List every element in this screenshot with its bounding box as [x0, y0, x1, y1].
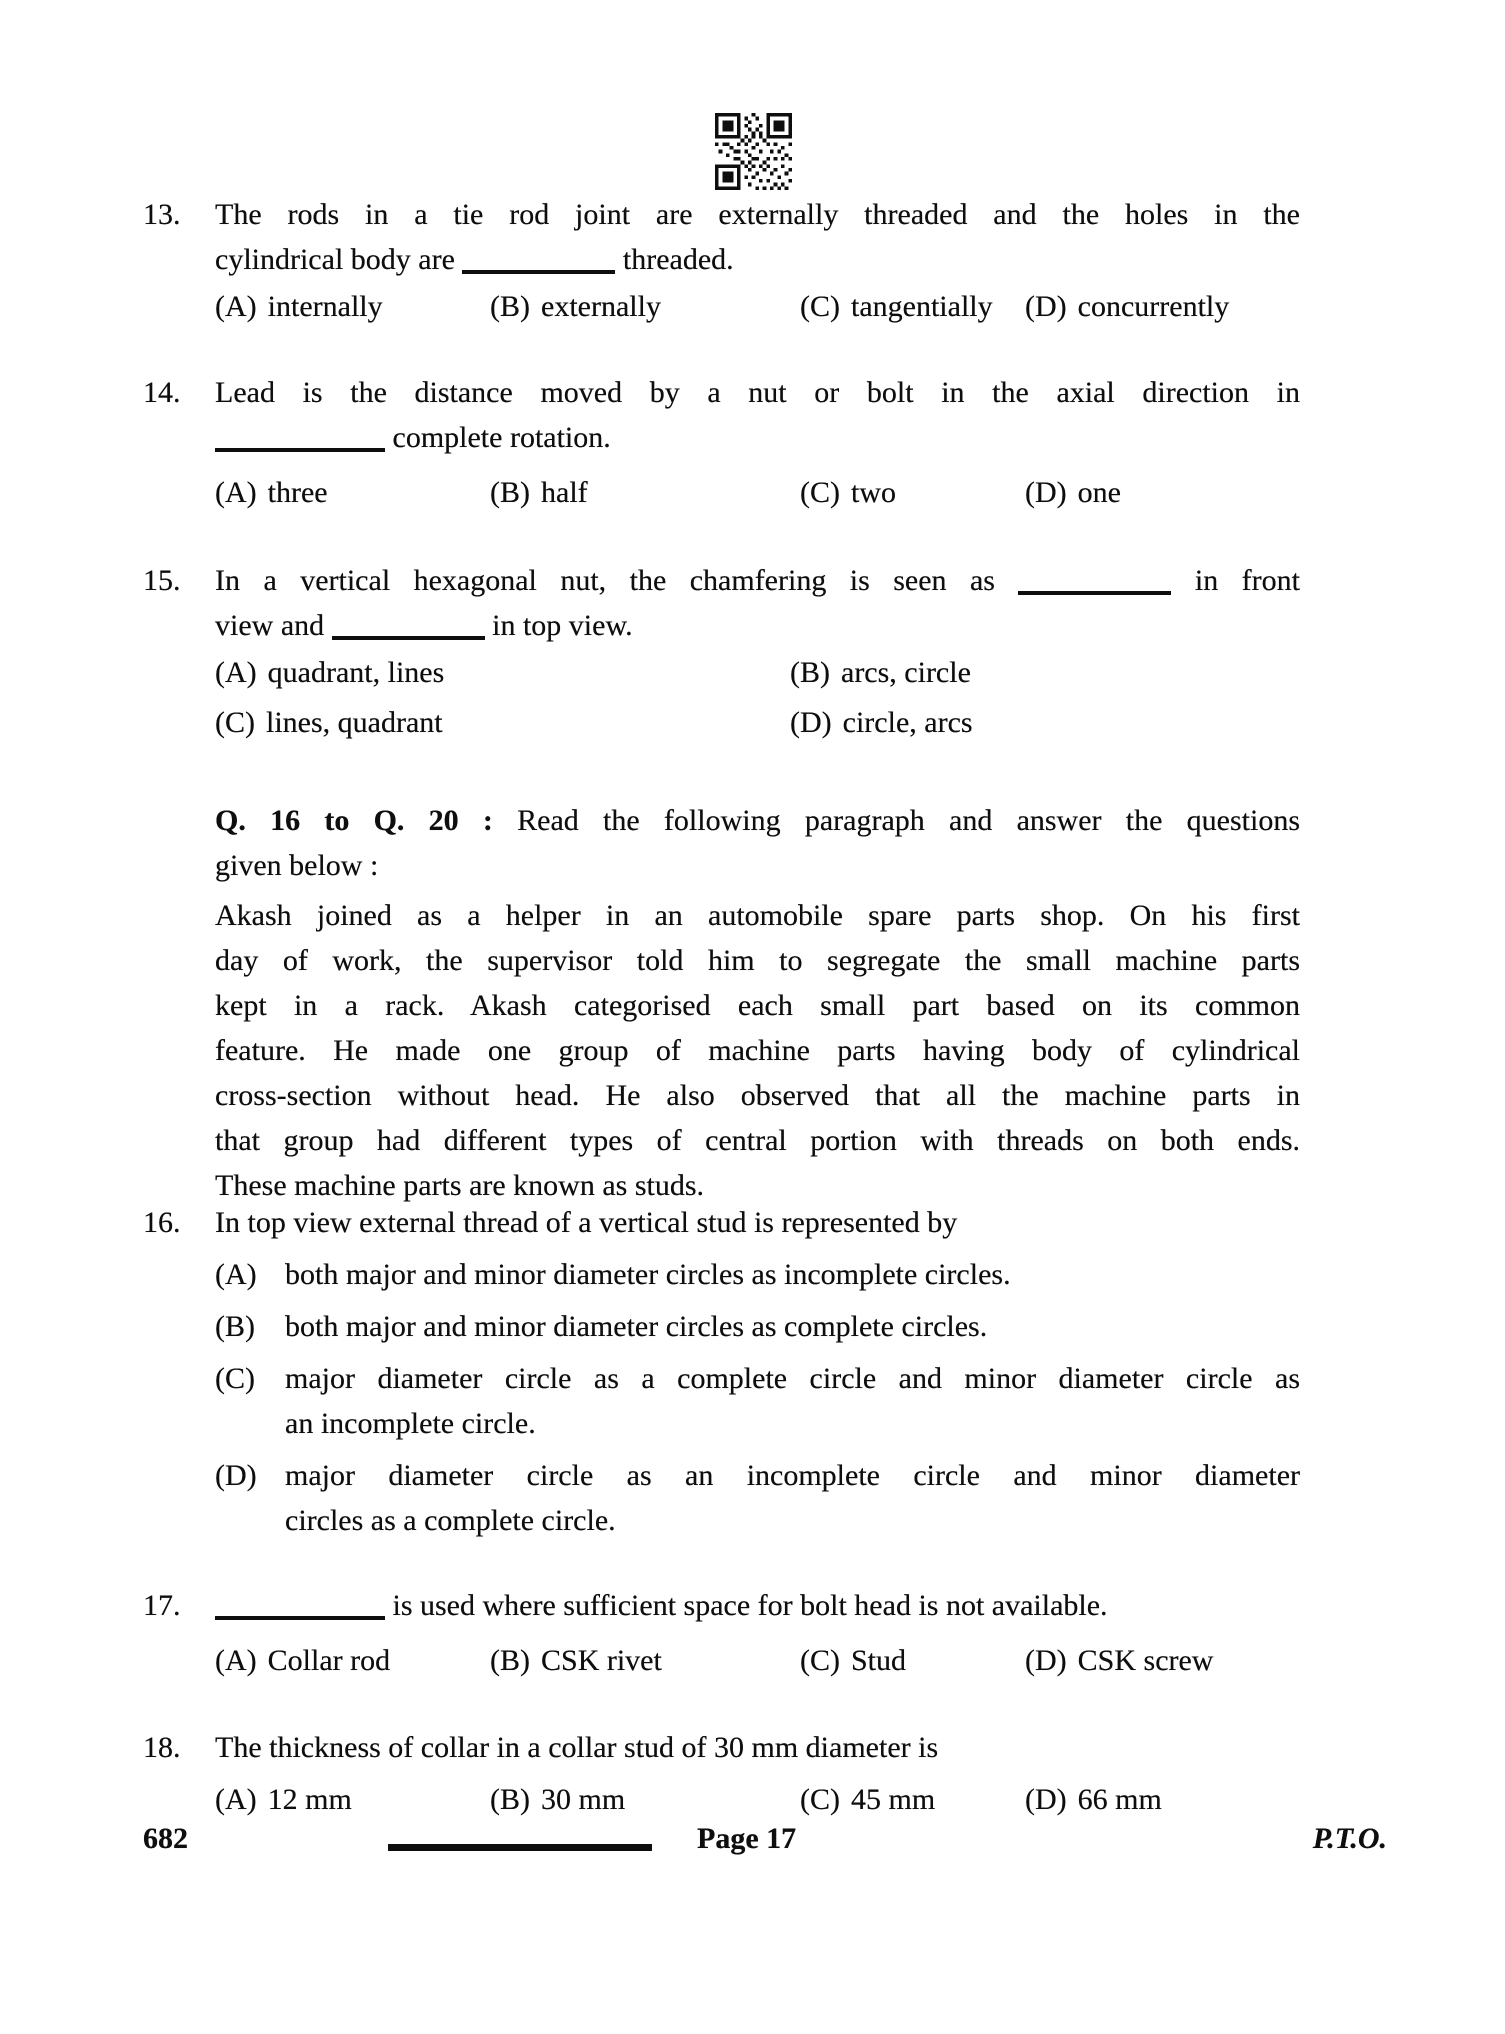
option-label: (A) — [215, 290, 257, 323]
option-text: Collar rod — [268, 1644, 390, 1677]
question-body: is used where sufficient space for bolt … — [215, 1583, 1300, 1683]
question-number: 14. — [143, 370, 215, 515]
paragraph-line: cross-section without head. He also obse… — [215, 1073, 1300, 1118]
question-body: The rods in a tie rod joint are external… — [215, 192, 1300, 329]
option-line: circles as a complete circle. — [285, 1498, 1300, 1543]
option-label: (B) — [490, 1783, 530, 1816]
option-text: CSK screw — [1078, 1644, 1214, 1677]
option-text: 12 mm — [268, 1783, 352, 1816]
option-b: (B)externally — [490, 284, 800, 329]
option-text: one — [1078, 476, 1121, 509]
option-text: internally — [268, 290, 383, 323]
option-a: (A)internally — [215, 284, 490, 329]
option-text: concurrently — [1078, 290, 1230, 323]
answer-blank — [1018, 566, 1171, 596]
question-15: 15. In a vertical hexagonal nut, the cha… — [143, 558, 1300, 745]
option-b: (B) both major and minor diameter circle… — [215, 1304, 1300, 1349]
option-label: (B) — [490, 1644, 530, 1677]
option-label: (A) — [215, 656, 257, 689]
option-label: (D) — [1025, 290, 1067, 323]
option-label: (D) — [1025, 1644, 1067, 1677]
stem-line: view and in top view. — [215, 603, 1300, 648]
option-line: major diameter circle as a complete circ… — [285, 1356, 1300, 1401]
stem-line: In a vertical hexagonal nut, the chamfer… — [215, 558, 1300, 603]
option-text: Stud — [851, 1644, 906, 1677]
question-number: 16. — [143, 1200, 215, 1543]
option-text: circle, arcs — [843, 706, 973, 739]
option-label: (D) — [1025, 1783, 1067, 1816]
question-number: 18. — [143, 1725, 215, 1822]
question-14: 14. Lead is the distance moved by a nut … — [143, 370, 1300, 515]
qr-code — [715, 113, 792, 190]
option-c: (C)two — [800, 470, 1025, 515]
option-b: (B)half — [490, 470, 800, 515]
stem-line: The rods in a tie rod joint are external… — [215, 192, 1300, 237]
question-number: 15. — [143, 558, 215, 745]
options-row: (A)Collar rod (B)CSK rivet (C)Stud (D)CS… — [215, 1638, 1300, 1683]
stem-line: The thickness of collar in a collar stud… — [215, 1725, 1300, 1770]
option-text: three — [268, 476, 328, 509]
option-text: two — [851, 476, 896, 509]
option-b: (B)arcs, circle — [790, 650, 1300, 695]
paragraph-line: feature. He made one group of machine pa… — [215, 1028, 1300, 1073]
option-text: arcs, circle — [841, 656, 971, 689]
option-d: (D)66 mm — [1025, 1777, 1300, 1822]
options-row: (A)quadrant, lines (B)arcs, circle — [215, 650, 1300, 695]
option-c: (C) major diameter circle as a complete … — [215, 1356, 1300, 1446]
paragraph-line: Akash joined as a helper in an automobil… — [215, 893, 1300, 938]
question-body: Lead is the distance moved by a nut or b… — [215, 370, 1300, 515]
option-c: (C)45 mm — [800, 1777, 1025, 1822]
option-text: both major and minor diameter circles as… — [285, 1304, 1300, 1349]
option-label: (D) — [215, 1453, 285, 1543]
option-label: (B) — [490, 476, 530, 509]
option-text: 66 mm — [1078, 1783, 1162, 1816]
stem-line: cylindrical body are threaded. — [215, 237, 1300, 282]
option-c: (C)Stud — [800, 1638, 1025, 1683]
option-label: (B) — [790, 656, 830, 689]
option-a: (A)12 mm — [215, 1777, 490, 1822]
footer-divider-rule — [388, 1844, 652, 1851]
question-13: 13. The rods in a tie rod joint are exte… — [143, 192, 1300, 329]
option-text: half — [541, 476, 588, 509]
option-a: (A) both major and minor diameter circle… — [215, 1252, 1300, 1297]
option-text: externally — [541, 290, 661, 323]
question-number: 13. — [143, 192, 215, 329]
option-c: (C)tangentially — [800, 284, 1025, 329]
option-text: lines, quadrant — [266, 706, 443, 739]
case-paragraph: Akash joined as a helper in an automobil… — [215, 893, 1300, 1208]
options-row: (A)three (B)half (C)two (D)one — [215, 470, 1300, 515]
option-label: (C) — [800, 1644, 840, 1677]
option-d: (D)concurrently — [1025, 284, 1300, 329]
question-17: 17. is used where sufficient space for b… — [143, 1583, 1300, 1683]
option-label: (A) — [215, 1252, 285, 1297]
option-label: (C) — [800, 290, 840, 323]
section-range: Q. 16 to Q. 20 : — [215, 804, 493, 837]
option-a: (A)three — [215, 470, 490, 515]
option-d: (D)CSK screw — [1025, 1638, 1300, 1683]
question-16: 16. In top view external thread of a ver… — [143, 1200, 1300, 1543]
question-body: In top view external thread of a vertica… — [215, 1200, 1300, 1543]
option-c: (C)lines, quadrant — [215, 700, 790, 745]
option-label: (B) — [215, 1304, 285, 1349]
option-label: (C) — [800, 476, 840, 509]
option-line: both major and minor diameter circles as… — [285, 1252, 1300, 1297]
option-b: (B)CSK rivet — [490, 1638, 800, 1683]
option-label: (D) — [1025, 476, 1067, 509]
option-line: both major and minor diameter circles as… — [285, 1304, 1300, 1349]
exam-paper-page: 13. The rods in a tie rod joint are exte… — [0, 0, 1505, 2034]
question-number: 17. — [143, 1583, 215, 1683]
option-line: major diameter circle as an incomplete c… — [285, 1453, 1300, 1498]
option-label: (C) — [215, 706, 255, 739]
stem-line: Lead is the distance moved by a nut or b… — [215, 370, 1300, 415]
option-label: (D) — [790, 706, 832, 739]
answer-blank — [215, 423, 385, 453]
option-label: (A) — [215, 1783, 257, 1816]
question-18: 18. The thickness of collar in a collar … — [143, 1725, 1300, 1822]
options-row: (C)lines, quadrant (D)circle, arcs — [215, 700, 1300, 745]
option-text: 30 mm — [541, 1783, 625, 1816]
options-row: (A)internally (B)externally (C)tangentia… — [215, 284, 1300, 329]
section-note-line: Q. 16 to Q. 20 : Read the following para… — [215, 798, 1300, 843]
answer-blank — [462, 245, 615, 275]
stem-line: In top view external thread of a vertica… — [215, 1200, 1300, 1245]
stem-line: complete rotation. — [215, 415, 1300, 460]
stem-line: is used where sufficient space for bolt … — [215, 1583, 1300, 1628]
question-body: In a vertical hexagonal nut, the chamfer… — [215, 558, 1300, 745]
answer-blank — [332, 611, 485, 641]
option-text: both major and minor diameter circles as… — [285, 1252, 1300, 1297]
footer-page-number: Page 17 — [697, 1816, 796, 1861]
option-label: (C) — [800, 1783, 840, 1816]
option-text: CSK rivet — [541, 1644, 662, 1677]
paragraph-line: kept in a rack. Akash categorised each s… — [215, 983, 1300, 1028]
option-line: an incomplete circle. — [285, 1401, 1300, 1446]
footer-booklet-code: 682 — [143, 1816, 188, 1861]
section-note: Q. 16 to Q. 20 : Read the following para… — [215, 798, 1300, 888]
option-d: (D)one — [1025, 470, 1300, 515]
option-text: 45 mm — [851, 1783, 935, 1816]
option-label: (C) — [215, 1356, 285, 1446]
paragraph-line: that group had different types of centra… — [215, 1118, 1300, 1163]
section-note-line: given below : — [215, 843, 1300, 888]
option-label: (A) — [215, 1644, 257, 1677]
option-a: (A)quadrant, lines — [215, 650, 790, 695]
footer-pto-label: P.T.O. — [1313, 1816, 1387, 1861]
option-text: quadrant, lines — [268, 656, 445, 689]
option-d: (D)circle, arcs — [790, 700, 1300, 745]
option-d: (D) major diameter circle as an incomple… — [215, 1453, 1300, 1543]
answer-blank — [215, 1591, 385, 1621]
option-label: (B) — [490, 290, 530, 323]
paragraph-line: day of work, the supervisor told him to … — [215, 938, 1300, 983]
option-text: tangentially — [851, 290, 993, 323]
option-text: major diameter circle as a complete circ… — [285, 1356, 1300, 1446]
question-body: The thickness of collar in a collar stud… — [215, 1725, 1300, 1822]
option-label: (A) — [215, 476, 257, 509]
option-text: major diameter circle as an incomplete c… — [285, 1453, 1300, 1543]
section-intro: Read the following paragraph and answer … — [517, 804, 1300, 837]
option-a: (A)Collar rod — [215, 1638, 490, 1683]
